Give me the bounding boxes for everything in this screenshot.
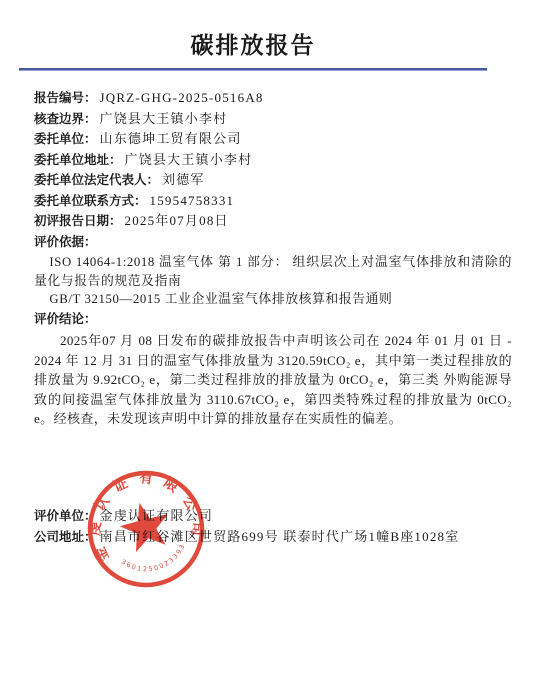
evaluation-basis-heading: 评价依据： [34,232,97,252]
field-value: 广饶县大王镇小李村 [122,152,253,167]
field-row-report-number: 报告编号：JQRZ-GHG-2025-0516A8 [34,88,512,109]
field-value: 2025年07月08日 [122,213,229,228]
field-label: 初评报告日期： [34,214,122,228]
basis-item-iso: ISO 14064-1:2018 温室气体 第 1 部分： 组织层次上对温室气体… [34,253,512,290]
field-value: 山东德坤工贸有限公司 [97,131,242,146]
field-row-contact-phone: 委托单位联系方式：15954758331 [34,191,512,212]
field-value: JQRZ-GHG-2025-0516A8 [97,90,264,105]
report-fields: 报告编号：JQRZ-GHG-2025-0516A8 核查边界：广饶县大王镇小李村… [34,88,512,232]
field-row-client: 委托单位：山东德坤工贸有限公司 [34,129,512,150]
field-row-verification-boundary: 核查边界：广饶县大王镇小李村 [34,109,512,130]
field-row-initial-report-date: 初评报告日期：2025年07月08日 [34,211,512,232]
page-title: 碳排放报告 [19,27,487,60]
field-label: 委托单位： [34,132,97,146]
carbon-report-page: 碳排放报告 报告编号：JQRZ-GHG-2025-0516A8 核查边界：广饶县… [0,0,545,674]
evaluation-conclusion-text: 2025年07 月 08 日发布的碳排放报告中声明该公司在 2024 年 01 … [34,331,512,429]
field-label: 委托单位法定代表人： [34,173,159,187]
evaluation-basis-list: ISO 14064-1:2018 温室气体 第 1 部分： 组织层次上对温室气体… [34,253,512,309]
seal-star-icon [116,497,175,555]
field-label: 委托单位联系方式： [34,194,147,208]
field-row-client-address: 委托单位地址：广饶县大王镇小李村 [34,150,512,171]
field-row-legal-representative: 委托单位法定代表人：刘德军 [34,170,512,191]
field-value: 广饶县大王镇小李村 [97,111,228,126]
field-value: 刘德军 [159,172,205,187]
basis-item-gbt: GB/T 32150—2015 工业企业温室气体排放核算和报告通则 [34,290,512,309]
title-divider-rule [19,68,487,71]
field-label: 委托单位地址： [34,153,122,167]
evaluation-conclusion-heading: 评价结论： [34,309,97,329]
field-label: 报告编号： [34,91,97,105]
field-value: 15954758331 [147,193,235,208]
field-label: 核查边界： [34,112,97,126]
company-seal-stamp-icon: 金虔认证有限公司 3601250023393 [76,459,216,599]
